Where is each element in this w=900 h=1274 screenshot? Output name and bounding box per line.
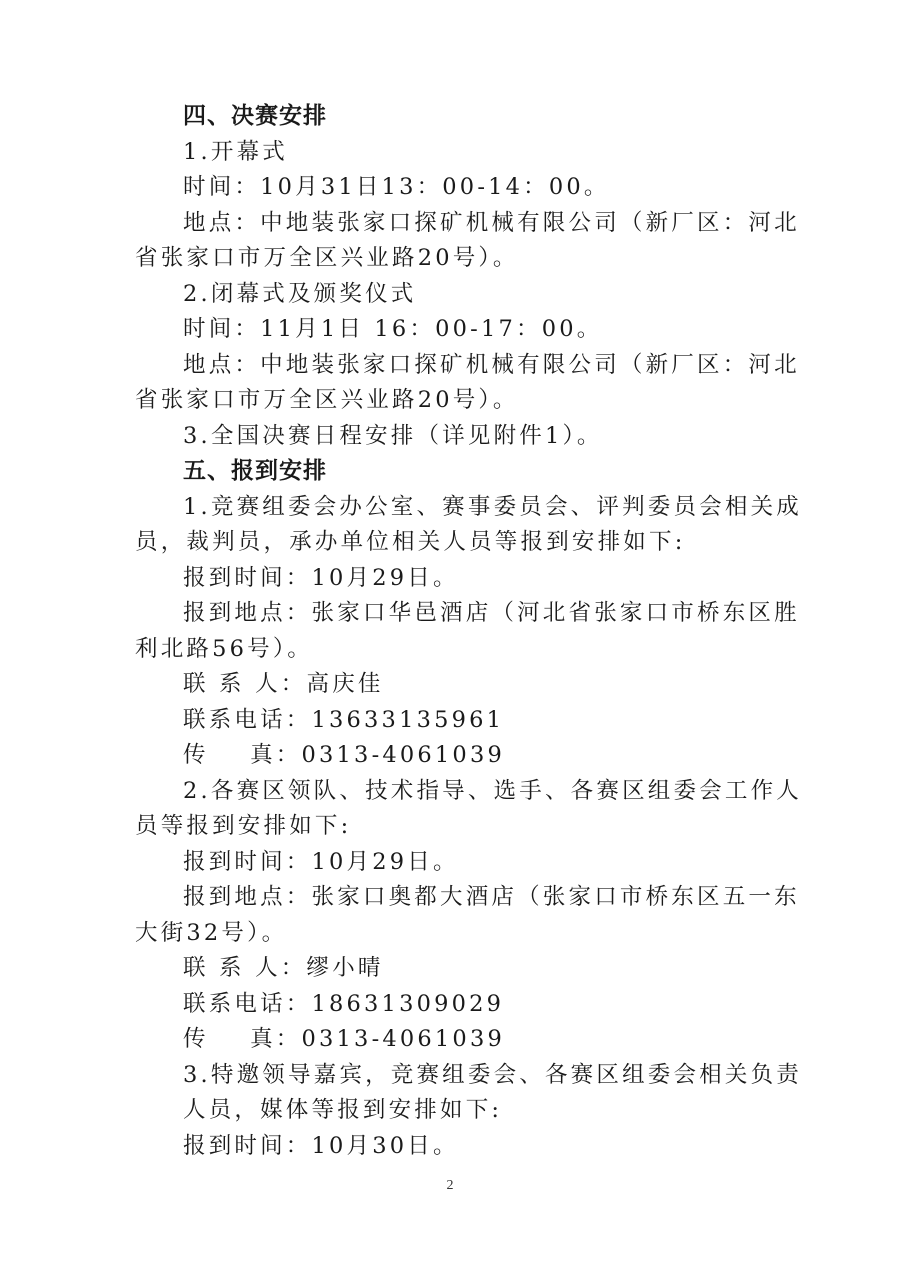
- section-heading-finals-arrangement: 四、决赛安排: [183, 99, 823, 133]
- registration-group1-line2: 员，裁判员，承办单位相关人员等报到安排如下:: [135, 525, 775, 559]
- document-page: 四、决赛安排 1.开幕式 时间：10月31日13：00-14：00。 地点：中地…: [0, 0, 900, 1274]
- group1-registration-location-line1: 报到地点：张家口华邑酒店（河北省张家口市桥东区胜: [183, 596, 775, 630]
- opening-location-line1: 地点：中地装张家口探矿机械有限公司（新厂区：河北: [183, 206, 775, 240]
- group2-registration-time: 报到时间：10月29日。: [183, 845, 823, 879]
- closing-location-line2: 省张家口市万全区兴业路20号）。: [135, 383, 775, 417]
- opening-location-line2: 省张家口市万全区兴业路20号）。: [135, 241, 775, 275]
- group2-fax: 传 真：0313-4061039: [183, 1022, 823, 1056]
- group1-registration-location-line2: 利北路56号）。: [135, 632, 775, 666]
- subheading-opening-ceremony: 1.开幕式: [183, 135, 823, 169]
- group2-contact-person: 联 系 人：缪小晴: [183, 951, 823, 985]
- group2-registration-location-line2: 大街32号）。: [135, 916, 775, 950]
- group2-contact-phone: 联系电话：18631309029: [183, 987, 823, 1021]
- opening-time: 时间：10月31日13：00-14：00。: [183, 170, 823, 204]
- closing-location-line1: 地点：中地装张家口探矿机械有限公司（新厂区：河北: [183, 348, 775, 382]
- group2-registration-location-line1: 报到地点：张家口奥都大酒店（张家口市桥东区五一东: [183, 880, 775, 914]
- group1-registration-time: 报到时间：10月29日。: [183, 561, 823, 595]
- section-heading-registration: 五、报到安排: [183, 454, 823, 488]
- registration-group3-line1: 3.特邀领导嘉宾，竞赛组委会、各赛区组委会相关负责: [183, 1058, 775, 1092]
- page-number: 2: [0, 1176, 900, 1196]
- registration-group1-line1: 1.竞赛组委会办公室、赛事委员会、评判委员会相关成: [183, 490, 775, 524]
- closing-time: 时间：11月1日 16：00-17：00。: [183, 312, 823, 346]
- finals-schedule-note: 3.全国决赛日程安排（详见附件1）。: [183, 419, 823, 453]
- group1-contact-person: 联 系 人：高庆佳: [183, 667, 823, 701]
- group1-fax: 传 真：0313-4061039: [183, 738, 823, 772]
- group3-registration-time: 报到时间：10月30日。: [183, 1129, 823, 1163]
- registration-group2-line2: 员等报到安排如下:: [135, 809, 775, 843]
- registration-group2-line1: 2.各赛区领队、技术指导、选手、各赛区组委会工作人: [183, 774, 775, 808]
- subheading-closing-ceremony: 2.闭幕式及颁奖仪式: [183, 277, 823, 311]
- group1-contact-phone: 联系电话：13633135961: [183, 703, 823, 737]
- registration-group3-line2: 人员，媒体等报到安排如下:: [183, 1093, 823, 1127]
